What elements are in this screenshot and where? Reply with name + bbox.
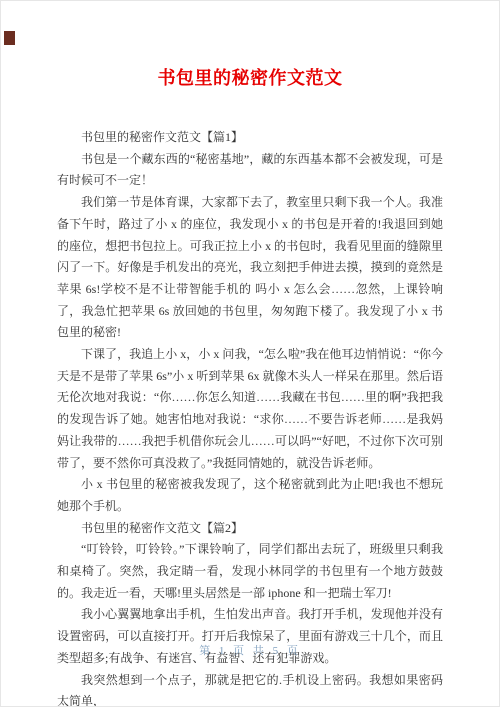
page-indicator: 第 1 页 共 5 页 — [199, 645, 301, 657]
paragraph: 书包是一个藏东西的“秘密基地”，藏的东西基本都不会被发现，可是有时候可不一定！ — [57, 149, 443, 192]
paragraph: “叮铃铃，叮铃铃。”下课铃响了，同学们都出去玩了，班级里只剩我和桌椅了。突然，我… — [57, 539, 443, 604]
paragraph: 书包里的秘密作文范文【篇1】 — [57, 127, 443, 149]
paragraph: 我小心翼翼地拿出手机，生怕发出声音。我打开手机，发现他并没有设置密码，可以直接打… — [57, 604, 443, 669]
document-page: 书包里的秘密作文范文 书包里的秘密作文范文【篇1】书包是一个藏东西的“秘密基地”… — [0, 0, 500, 707]
page-title: 书包里的秘密作文范文 — [31, 65, 469, 91]
page-footer: 第 1 页 共 5 页 — [1, 642, 499, 658]
paragraph: 我突然想到一个点子，那就是把它的.手机设上密码。我想如果密码太简单， — [57, 670, 443, 707]
paragraph: 下课了，我追上小 x，小 x 问我，“怎么啦”我在他耳边悄悄说：“你今天是不是带… — [57, 344, 443, 474]
corner-mark — [4, 31, 15, 45]
document-body: 书包里的秘密作文范文【篇1】书包是一个藏东西的“秘密基地”，藏的东西基本都不会被… — [57, 127, 443, 707]
paragraph: 书包里的秘密作文范文【篇2】 — [57, 518, 443, 540]
paragraph: 小 x 书包里的秘密被我发现了，这个秘密就到此为止吧!我也不想玩她那个手机。 — [57, 474, 443, 517]
paragraph: 我们第一节是体育课，大家都下去了，教室里只剩下我一个人。我准备下午时，路过了小 … — [57, 192, 443, 344]
